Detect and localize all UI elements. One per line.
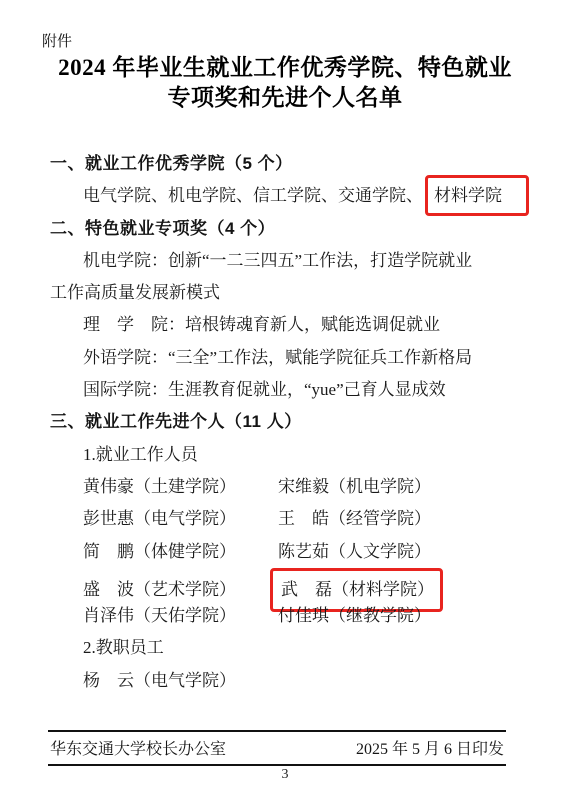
award-item-li: 理 学 院：培根铸魂育新人，赋能选调促就业	[50, 309, 522, 341]
document-title: 2024 年毕业生就业工作优秀学院、特色就业 专项奖和先进个人名单	[0, 53, 570, 113]
section1-college-list: 电气学院、机电学院、信工学院、交通学院、材料学院	[50, 180, 522, 212]
awardee-name: 黄伟豪（土建学院）	[50, 471, 278, 503]
awardee-row: 简 鹏（体健学院）陈艺茹（人文学院）	[50, 536, 522, 568]
footer-rule-top	[48, 730, 506, 732]
footer-rule-bottom	[48, 764, 506, 766]
award-item-guoji: 国际学院：生涯教育促就业，“yue”己育人显成效	[50, 374, 522, 406]
college-list-text: 电气学院、机电学院、信工学院、交通学院、	[83, 186, 423, 205]
awardee-row: 黄伟豪（土建学院）宋维毅（机电学院）	[50, 471, 522, 503]
section3-subheading-employment: 1.就业工作人员	[50, 439, 522, 471]
awardee-name: 彭世惠（电气学院）	[50, 503, 278, 535]
award-item-waiyu: 外语学院：“三全”工作法，赋能学院征兵工作新格局	[50, 342, 522, 374]
page-number: 3	[0, 767, 570, 783]
staff-awardee-name: 杨 云（电气学院）	[50, 665, 522, 697]
award-item-jidian-line1: 机电学院：创新“一二三四五”工作法，打造学院就业	[50, 245, 522, 277]
awardee-row: 彭世惠（电气学院）王 皓（经管学院）	[50, 503, 522, 535]
awardee-row: 盛 波（艺术学院）武 磊（材料学院）	[50, 568, 522, 600]
title-line-2: 专项奖和先进个人名单	[0, 83, 570, 113]
awardee-name: 王 皓（经管学院）	[278, 503, 431, 535]
section3-subheading-staff: 2.教职员工	[50, 632, 522, 664]
awardee-name: 宋维毅（机电学院）	[278, 471, 431, 503]
document-page: 附件 2024 年毕业生就业工作优秀学院、特色就业 专项奖和先进个人名单 一、就…	[0, 0, 570, 785]
highlight-box-college: 材料学院	[425, 175, 529, 216]
attachment-label: 附件	[42, 30, 72, 51]
awardee-name: 陈艺茹（人文学院）	[278, 536, 431, 568]
awardee-name: 肖泽伟（天佑学院）	[50, 600, 278, 632]
footer: 华东交通大学校长办公室 2025 年 5 月 6 日印发	[50, 736, 504, 759]
footer-issue-date: 2025 年 5 月 6 日印发	[356, 736, 504, 759]
document-body: 一、就业工作优秀学院（5 个） 电气学院、机电学院、信工学院、交通学院、材料学院…	[50, 148, 522, 697]
awardee-name: 付佳琪（继教学院）	[278, 600, 431, 632]
awardee-name: 简 鹏（体健学院）	[50, 536, 278, 568]
title-line-1: 2024 年毕业生就业工作优秀学院、特色就业	[0, 53, 570, 83]
footer-issuer: 华东交通大学校长办公室	[50, 736, 226, 759]
awardee-row: 肖泽伟（天佑学院）付佳琪（继教学院）	[50, 600, 522, 632]
section3-heading: 三、就业工作先进个人（11 人）	[50, 406, 522, 438]
section2-heading: 二、特色就业专项奖（4 个）	[50, 213, 522, 245]
award-item-jidian-line2: 工作高质量发展新模式	[50, 277, 522, 309]
